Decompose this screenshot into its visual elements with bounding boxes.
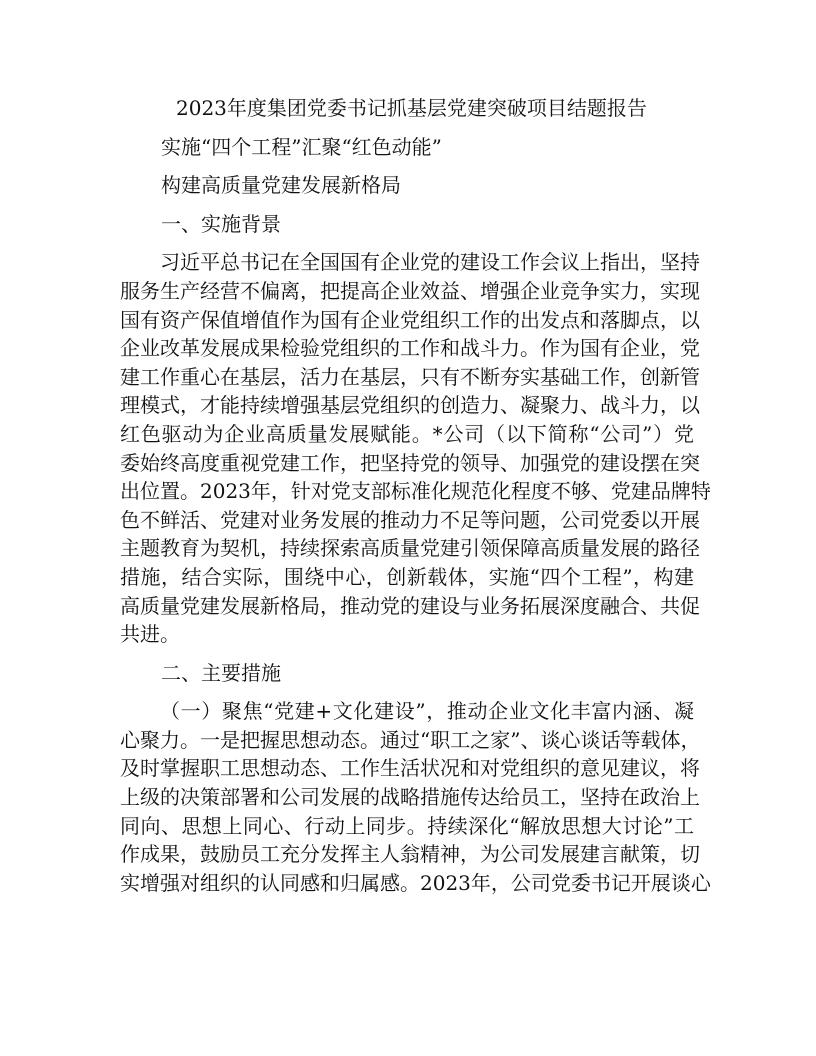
document-body: 2023年度集团党委书记抓基层党建突破项目结题报告 实施“四个工程”汇聚“红色动… — [120, 94, 694, 907]
section1-heading: 一、实施背景 — [120, 210, 694, 239]
text-line: 委始终高度重视党建工作，把坚持党的领导、加强党的建设摆在突 — [120, 449, 694, 478]
document-page: 2023年度集团党委书记抓基层党建突破项目结题报告 实施“四个工程”汇聚“红色动… — [0, 0, 816, 1056]
text-line: 主题教育为契机，持续探索高质量党建引领保障高质量发展的路径 — [120, 534, 694, 563]
text-line: 上级的决策部署和公司发展的战略措施传达给员工，坚持在政治上 — [120, 783, 694, 812]
text-line: 高质量党建发展新格局，推动党的建设与业务拓展深度融合、共促 — [120, 592, 694, 621]
text-line: 色不鲜活、党建对业务发展的推动力不足等问题，公司党委以开展 — [120, 506, 694, 535]
subtitle-2: 构建高质量党建发展新格局 — [120, 171, 694, 200]
document-title: 2023年度集团党委书记抓基层党建突破项目结题报告 — [120, 94, 694, 123]
text-line: 理模式，才能持续增强基层党组织的创造力、凝聚力、战斗力，以 — [120, 391, 694, 420]
text-line: 建工作重心在基层，活力在基层，只有不断夯实基础工作，创新管 — [120, 363, 694, 392]
text-line: 服务生产经营不偏离，把提高企业效益、增强企业竞争实力，实现 — [120, 277, 694, 306]
text-line: 国有资产保值增值作为国有企业党组织工作的出发点和落脚点，以 — [120, 306, 694, 335]
text-line: 心聚力。一是把握思想动态。通过“职工之家”、谈心谈话等载体， — [120, 726, 694, 755]
text-line: 及时掌握职工思想动态、工作生活状况和对党组织的意见建议，将 — [120, 754, 694, 783]
section2-paragraph: （一）聚焦“党建+文化建设”，推动企业文化丰富内涵、凝 心聚力。一是把握思想动态… — [120, 697, 694, 897]
text-line: 同向、思想上同心、行动上同步。持续深化“解放思想大讨论”工 — [120, 812, 694, 841]
section1-paragraph: 习近平总书记在全国国有企业党的建设工作会议上指出，坚持 服务生产经营不偏离，把提… — [120, 248, 694, 648]
subtitle-1: 实施“四个工程”汇聚“红色动能” — [120, 133, 694, 162]
text-line: 作成果，鼓励员工充分发挥主人翁精神，为公司发展建言献策，切 — [120, 840, 694, 869]
text-line: 红色驱动为企业高质量发展赋能。*公司（以下简称“公司”）党 — [120, 420, 694, 449]
text-line: 出位置。2023年，针对党支部标准化规范化程度不够、党建品牌特 — [120, 477, 694, 506]
text-line: 企业改革发展成果检验党组织的工作和战斗力。作为国有企业，党 — [120, 334, 694, 363]
text-line: 措施，结合实际，围绕中心，创新载体，实施“四个工程”，构建 — [120, 563, 694, 592]
text-line: 习近平总书记在全国国有企业党的建设工作会议上指出，坚持 — [120, 248, 694, 277]
text-line: 共进。 — [120, 620, 694, 649]
section2-heading: 二、主要措施 — [120, 659, 694, 688]
text-line: 实增强对组织的认同感和归属感。2023年，公司党委书记开展谈心 — [120, 869, 694, 898]
text-line: （一）聚焦“党建+文化建设”，推动企业文化丰富内涵、凝 — [120, 697, 694, 726]
